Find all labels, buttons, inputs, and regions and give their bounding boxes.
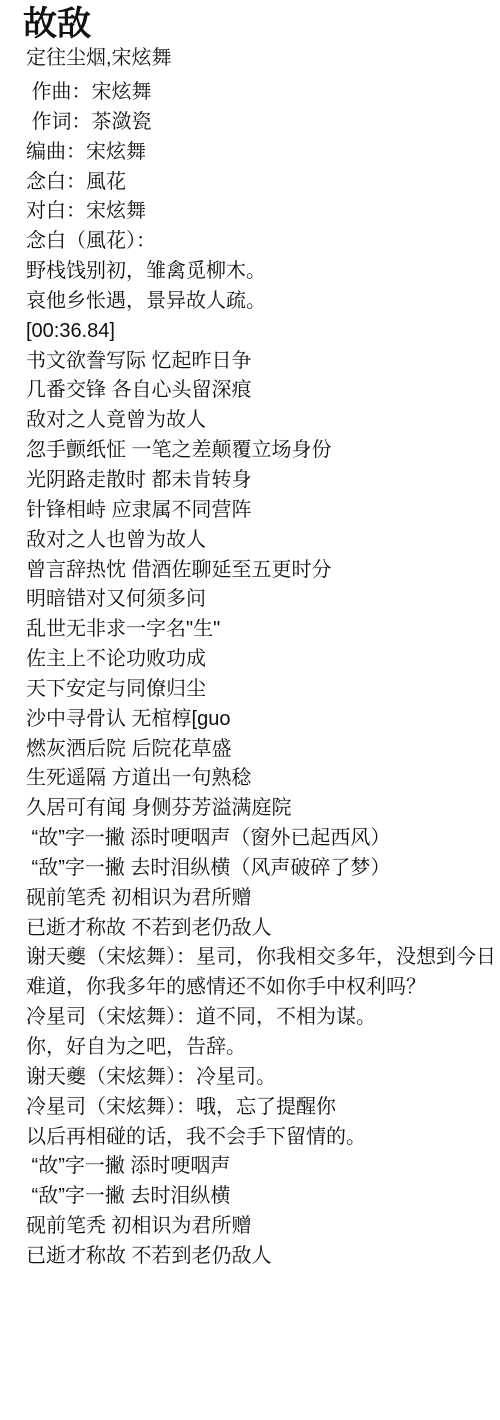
lyrics-list: 作曲：宋炫舞 作词：茶潋瓷编曲：宋炫舞念白：風花对白：宋炫舞念白（風花）：野栈饯… <box>0 78 500 1272</box>
lyric-line: 已逝才称故 不若到老仍敌人 <box>26 914 500 944</box>
lyric-line: 敌对之人也曾为故人 <box>26 526 500 556</box>
lyric-line: 光阴路走散时 都未肯转身 <box>26 466 500 496</box>
lyric-line: 明暗错对又何须多问 <box>26 585 500 615</box>
lyric-line: 敌对之人竟曾为故人 <box>26 406 500 436</box>
lyric-line: 砚前笔秃 初相识为君所赠 <box>26 1212 500 1242</box>
lyric-line: 佐主上不论功败功成 <box>26 645 500 675</box>
lyric-line: 天下安定与同僚归尘 <box>26 675 500 705</box>
lyric-line: 已逝才称故 不若到老仍敌人 <box>26 1242 500 1272</box>
lyric-line: “敌”字一撇 去时泪纵横 <box>26 1182 500 1212</box>
lyric-line: 念白（風花）： <box>26 227 500 257</box>
lyric-line: 燃灰洒后院 后院花草盛 <box>26 735 500 765</box>
artists-subtitle: 定往尘烟,宋炫舞 <box>26 46 500 70</box>
lyrics-page: 故敌 定往尘烟,宋炫舞 作曲：宋炫舞 作词：茶潋瓷编曲：宋炫舞念白：風花对白：宋… <box>0 0 500 1420</box>
lyric-line: 砚前笔秃 初相识为君所赠 <box>26 884 500 914</box>
lyric-line: 对白：宋炫舞 <box>26 197 500 227</box>
lyric-line: 几番交锋 各自心头留深痕 <box>26 376 500 406</box>
lyric-line: 难道，你我多年的感情还不如你手中权利吗？ <box>26 973 500 1003</box>
lyric-line: 作词：茶潋瓷 <box>26 108 500 138</box>
page-title: 故敌 <box>23 6 500 42</box>
lyric-line: “敌”字一撇 去时泪纵横（风声破碎了梦） <box>26 854 500 884</box>
lyric-line: 念白：風花 <box>26 168 500 198</box>
lyric-line: 编曲：宋炫舞 <box>26 138 500 168</box>
lyric-line: 哀他乡怅遇，景异故人疏。 <box>26 287 500 317</box>
lyric-line: 野栈饯别初，雏禽觅柳木。 <box>26 257 500 287</box>
lyric-line: 你，好自为之吧，告辞。 <box>26 1033 500 1063</box>
lyric-line: 乱世无非求一字名"生" <box>26 615 500 645</box>
lyric-line: 书文欲誊写际 忆起昨日争 <box>26 347 500 377</box>
lyric-line: 冷星司（宋炫舞）：哦，忘了提醒你 <box>26 1093 500 1123</box>
lyric-line: 曾言辞热忱 借酒佐聊延至五更时分 <box>26 556 500 586</box>
lyric-line: 生死遥隔 方道出一句熟稔 <box>26 764 500 794</box>
lyric-line: 谢天夔（宋炫舞）：星司，你我相交多年，没想到今日 <box>26 943 500 973</box>
lyric-line: 谢天夔（宋炫舞）：冷星司。 <box>26 1063 500 1093</box>
lyric-line: “故”字一撇 添时哽咽声 <box>26 1152 500 1182</box>
lyric-line: 沙中寻骨认 无棺椁[guo <box>26 705 500 735</box>
lyric-line: 忽手颤纸怔 一笔之差颠覆立场身份 <box>26 436 500 466</box>
lyric-line: 作曲：宋炫舞 <box>26 78 500 108</box>
lyric-line: “故”字一撇 添时哽咽声（窗外已起西风） <box>26 824 500 854</box>
lyric-line: 冷星司（宋炫舞）：道不同，不相为谋。 <box>26 1003 500 1033</box>
lyric-line: 以后再相碰的话，我不会手下留情的。 <box>26 1123 500 1153</box>
lyric-line: 久居可有闻 身侧芬芳溢满庭院 <box>26 794 500 824</box>
lyric-line: [00:36.84] <box>26 317 500 347</box>
lyric-line: 针锋相峙 应隶属不同营阵 <box>26 496 500 526</box>
